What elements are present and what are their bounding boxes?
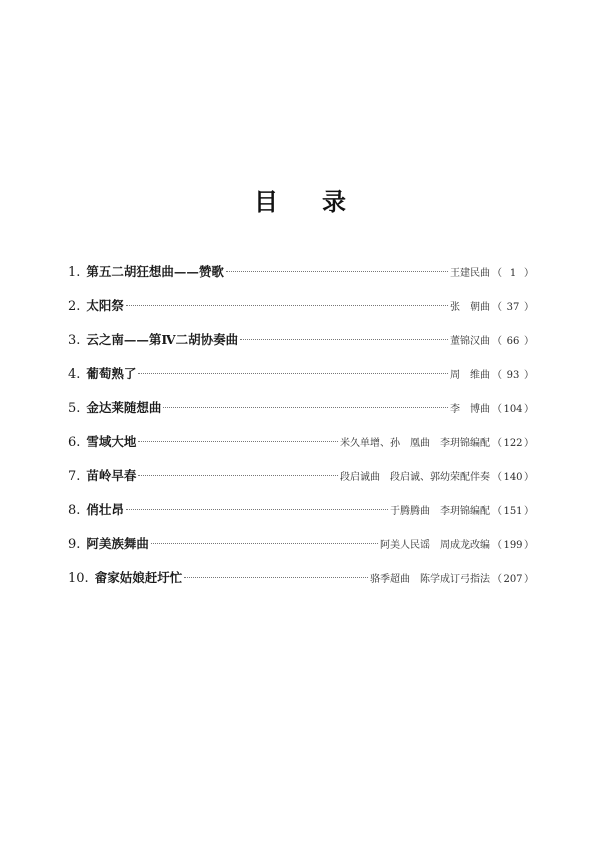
dot-leader xyxy=(126,305,448,306)
page-number: 93 xyxy=(502,366,524,386)
page-number: 1 xyxy=(502,264,524,284)
entry-number: 6. xyxy=(68,433,80,453)
page-number: 66 xyxy=(502,332,524,352)
paren-open: （ xyxy=(492,438,502,449)
paren-open: （ xyxy=(492,336,502,347)
entry-page: （1） xyxy=(492,264,534,284)
paren-open: （ xyxy=(492,574,502,585)
entry-page: （207） xyxy=(492,570,534,590)
entry-title: 阿美族舞曲 xyxy=(86,534,149,554)
paren-open: （ xyxy=(492,540,502,551)
paren-close: ） xyxy=(524,370,534,381)
toc-entry[interactable]: 6. 雪域大地 米久单增、孙 凰曲 李玥锦编配 （122） xyxy=(68,432,534,466)
title-char: 录 xyxy=(322,182,346,217)
paren-close: ） xyxy=(524,472,534,483)
paren-close: ） xyxy=(524,336,534,347)
toc-entry[interactable]: 1. 第五二胡狂想曲——赞歌 王建民曲 （1） xyxy=(68,262,534,296)
entry-author: 王建民曲 xyxy=(450,264,490,284)
entry-title: 第五二胡狂想曲——赞歌 xyxy=(86,262,224,282)
entry-number: 3. xyxy=(68,331,80,351)
paren-close: ） xyxy=(524,438,534,449)
dot-leader xyxy=(126,509,388,510)
document-page: 目录 1. 第五二胡狂想曲——赞歌 王建民曲 （1） 2. 太阳祭 张 朝曲 （… xyxy=(0,0,600,848)
entry-page: （104） xyxy=(492,400,534,420)
toc-entry[interactable]: 4. 葡萄熟了 周 维曲 （93） xyxy=(68,364,534,398)
entry-number: 8. xyxy=(68,501,80,521)
entry-author: 李 博曲 xyxy=(450,400,490,420)
entry-title: 云之南——第Ⅳ二胡协奏曲 xyxy=(86,330,238,350)
dot-leader xyxy=(138,475,338,476)
dot-leader xyxy=(240,339,448,340)
entry-page: （93） xyxy=(492,366,534,386)
dot-leader xyxy=(184,577,368,578)
entry-page: （122） xyxy=(492,434,534,454)
page-number: 199 xyxy=(502,536,524,556)
entry-page: （151） xyxy=(492,502,534,522)
entry-title: 雪域大地 xyxy=(86,432,136,452)
entry-title: 金达莱随想曲 xyxy=(86,398,161,418)
dot-leader xyxy=(138,373,448,374)
dot-leader xyxy=(163,407,448,408)
entry-author: 米久单增、孙 凰曲 李玥锦编配 xyxy=(340,434,490,454)
entry-title: 太阳祭 xyxy=(86,296,124,316)
toc-entry[interactable]: 2. 太阳祭 张 朝曲 （37） xyxy=(68,296,534,330)
paren-open: （ xyxy=(492,302,502,313)
paren-close: ） xyxy=(524,404,534,415)
toc-entry[interactable]: 9. 阿美族舞曲 阿美人民谣 周成龙改编 （199） xyxy=(68,534,534,568)
entry-title: 俏壮昂 xyxy=(86,500,124,520)
toc-entry[interactable]: 3. 云之南——第Ⅳ二胡协奏曲 董锦汉曲 （66） xyxy=(68,330,534,364)
entry-title: 苗岭早春 xyxy=(86,466,136,486)
paren-close: ） xyxy=(524,506,534,517)
page-number: 151 xyxy=(502,502,524,522)
entry-number: 7. xyxy=(68,467,80,487)
dot-leader xyxy=(138,441,338,442)
paren-close: ） xyxy=(524,574,534,585)
entry-author: 段启诚曲 段启诚、郭幼荣配伴奏 xyxy=(340,468,490,488)
entry-number: 5. xyxy=(68,399,80,419)
page-number: 140 xyxy=(502,468,524,488)
page-title: 目录 xyxy=(0,182,600,217)
page-number: 104 xyxy=(502,400,524,420)
entry-page: （66） xyxy=(492,332,534,352)
entry-number: 1. xyxy=(68,263,80,283)
toc-entry[interactable]: 8. 俏壮昂 于腾腾曲 李玥锦编配 （151） xyxy=(68,500,534,534)
entry-title: 葡萄熟了 xyxy=(86,364,136,384)
entry-page: （140） xyxy=(492,468,534,488)
toc-entry[interactable]: 10. 畲家姑娘赶圩忙 骆季超曲 陈学成订弓指法 （207） xyxy=(68,568,534,602)
dot-leader xyxy=(226,271,448,272)
entry-number: 2. xyxy=(68,297,80,317)
entry-author: 骆季超曲 陈学成订弓指法 xyxy=(370,570,490,590)
paren-close: ） xyxy=(524,268,534,279)
toc-entry[interactable]: 5. 金达莱随想曲 李 博曲 （104） xyxy=(68,398,534,432)
entry-author: 董锦汉曲 xyxy=(450,332,490,352)
entry-author: 周 维曲 xyxy=(450,366,490,386)
toc-list: 1. 第五二胡狂想曲——赞歌 王建民曲 （1） 2. 太阳祭 张 朝曲 （37）… xyxy=(68,262,534,602)
entry-author: 张 朝曲 xyxy=(450,298,490,318)
paren-close: ） xyxy=(524,302,534,313)
dot-leader xyxy=(151,543,378,544)
paren-open: （ xyxy=(492,472,502,483)
page-number: 207 xyxy=(502,570,524,590)
page-number: 122 xyxy=(502,434,524,454)
entry-number: 10. xyxy=(68,569,89,589)
paren-close: ） xyxy=(524,540,534,551)
paren-open: （ xyxy=(492,268,502,279)
entry-page: （199） xyxy=(492,536,534,556)
entry-author: 于腾腾曲 李玥锦编配 xyxy=(390,502,490,522)
entry-number: 9. xyxy=(68,535,80,555)
title-char: 目 xyxy=(254,182,278,217)
paren-open: （ xyxy=(492,404,502,415)
entry-title: 畲家姑娘赶圩忙 xyxy=(95,568,183,588)
page-number: 37 xyxy=(502,298,524,318)
toc-entry[interactable]: 7. 苗岭早春 段启诚曲 段启诚、郭幼荣配伴奏 （140） xyxy=(68,466,534,500)
entry-page: （37） xyxy=(492,298,534,318)
entry-author: 阿美人民谣 周成龙改编 xyxy=(380,536,490,556)
paren-open: （ xyxy=(492,506,502,517)
entry-number: 4. xyxy=(68,365,80,385)
paren-open: （ xyxy=(492,370,502,381)
